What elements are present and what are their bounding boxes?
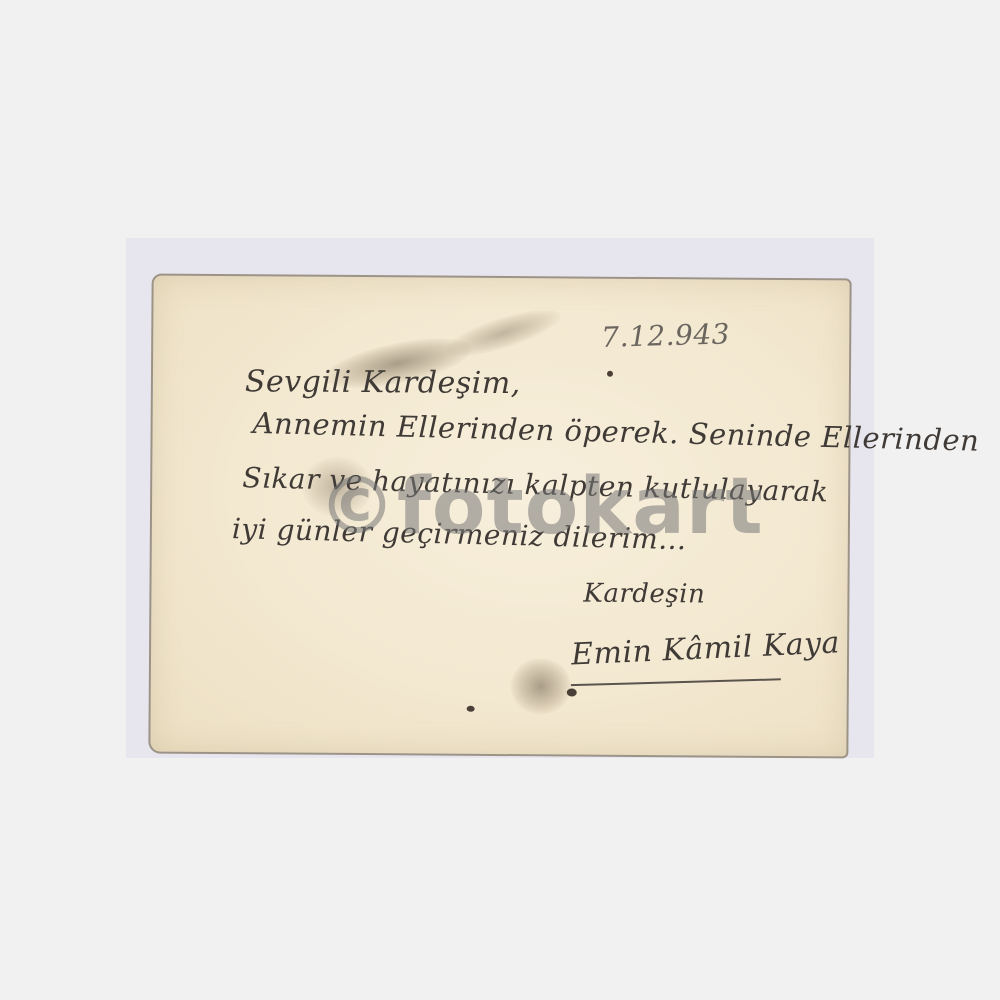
ink-spot [607, 371, 613, 377]
letter-greeting: Sevgili Kardeşim, [245, 364, 521, 401]
signature: Emin Kâmil Kaya [570, 625, 840, 672]
signature-underline [571, 678, 781, 686]
letter-closing: Kardeşin [583, 579, 705, 610]
ink-spot [567, 688, 577, 696]
fingerprint-stain [511, 658, 571, 714]
watermark: ©fotokart [318, 462, 764, 552]
date-annotation: 7.12.943 [601, 317, 731, 354]
ink-spot [467, 706, 475, 712]
stain-top-right [442, 301, 565, 366]
